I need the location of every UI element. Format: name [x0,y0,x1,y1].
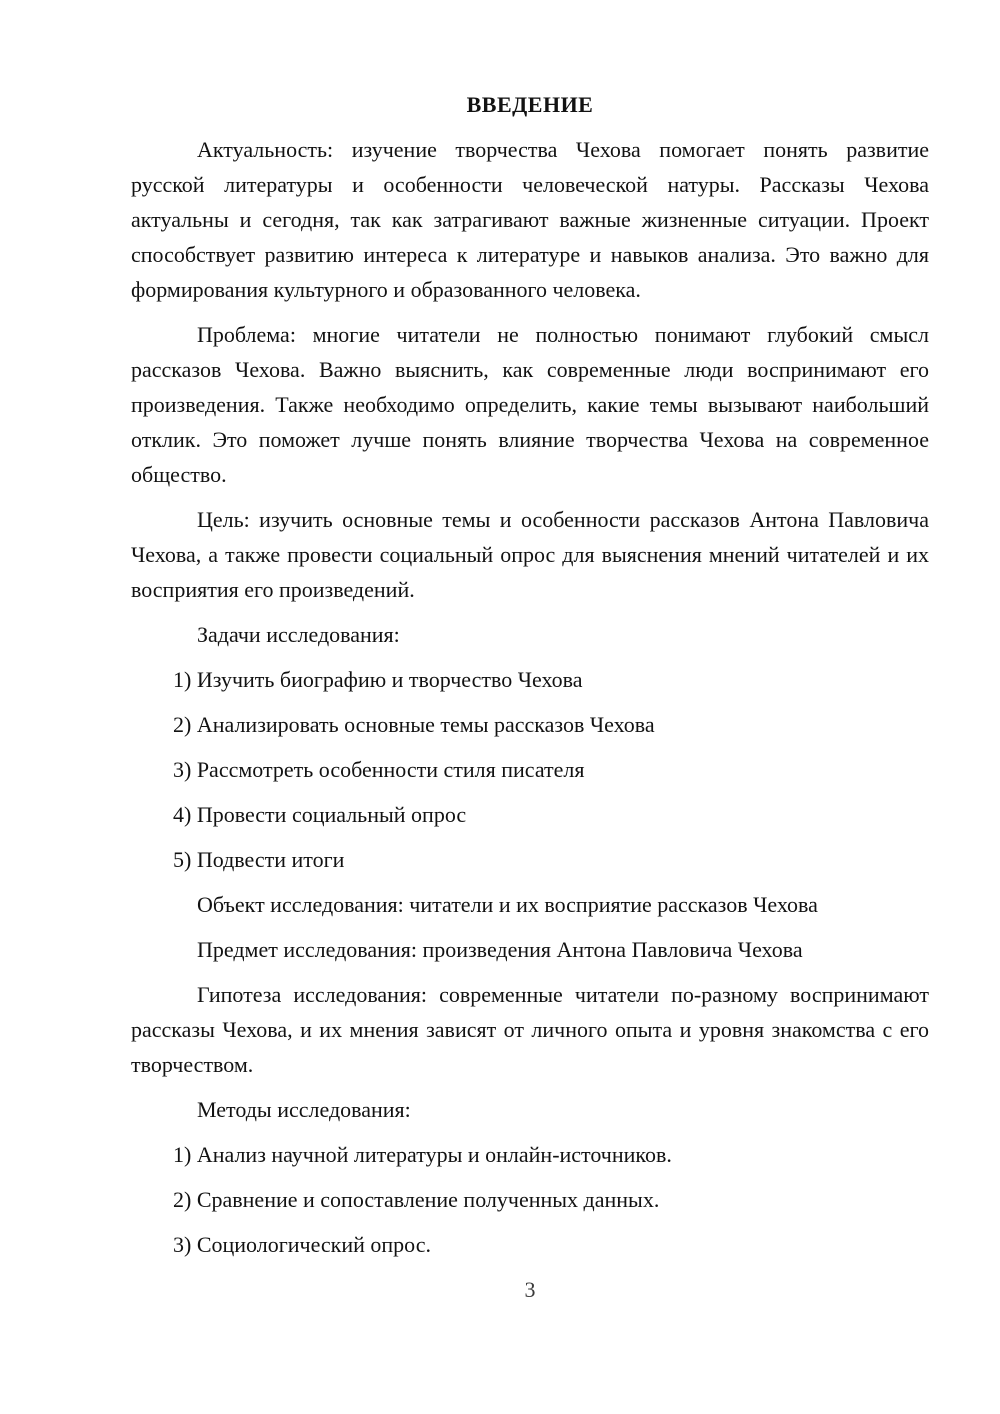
task-list-item: 3) Рассмотреть особенности стиля писател… [131,752,929,787]
paragraph-goal: Цель: изучить основные темы и особенност… [131,502,929,607]
tasks-heading: Задачи исследования: [131,617,929,652]
method-list-item: 3) Социологический опрос. [131,1227,929,1262]
task-list-item: 5) Подвести итоги [131,842,929,877]
method-list-item: 2) Сравнение и сопоставление полученных … [131,1182,929,1217]
page-title: ВВЕДЕНИЕ [131,87,929,122]
paragraph-hypothesis: Гипотеза исследования: современные читат… [131,977,929,1082]
paragraph-problem: Проблема: многие читатели не полностью п… [131,317,929,492]
task-list-item: 2) Анализировать основные темы рассказов… [131,707,929,742]
paragraph-object: Объект исследования: читатели и их воспр… [131,887,929,922]
paragraph-subject: Предмет исследования: произведения Антон… [131,932,929,967]
methods-heading: Методы исследования: [131,1092,929,1127]
page-number: 3 [131,1272,929,1307]
task-list-item: 1) Изучить биографию и творчество Чехова [131,662,929,697]
paragraph-actuality: Актуальность: изучение творчества Чехова… [131,132,929,307]
method-list-item: 1) Анализ научной литературы и онлайн-ис… [131,1137,929,1172]
task-list-item: 4) Провести социальный опрос [131,797,929,832]
document-page: ВВЕДЕНИЕ Актуальность: изучение творчест… [0,0,1000,1414]
